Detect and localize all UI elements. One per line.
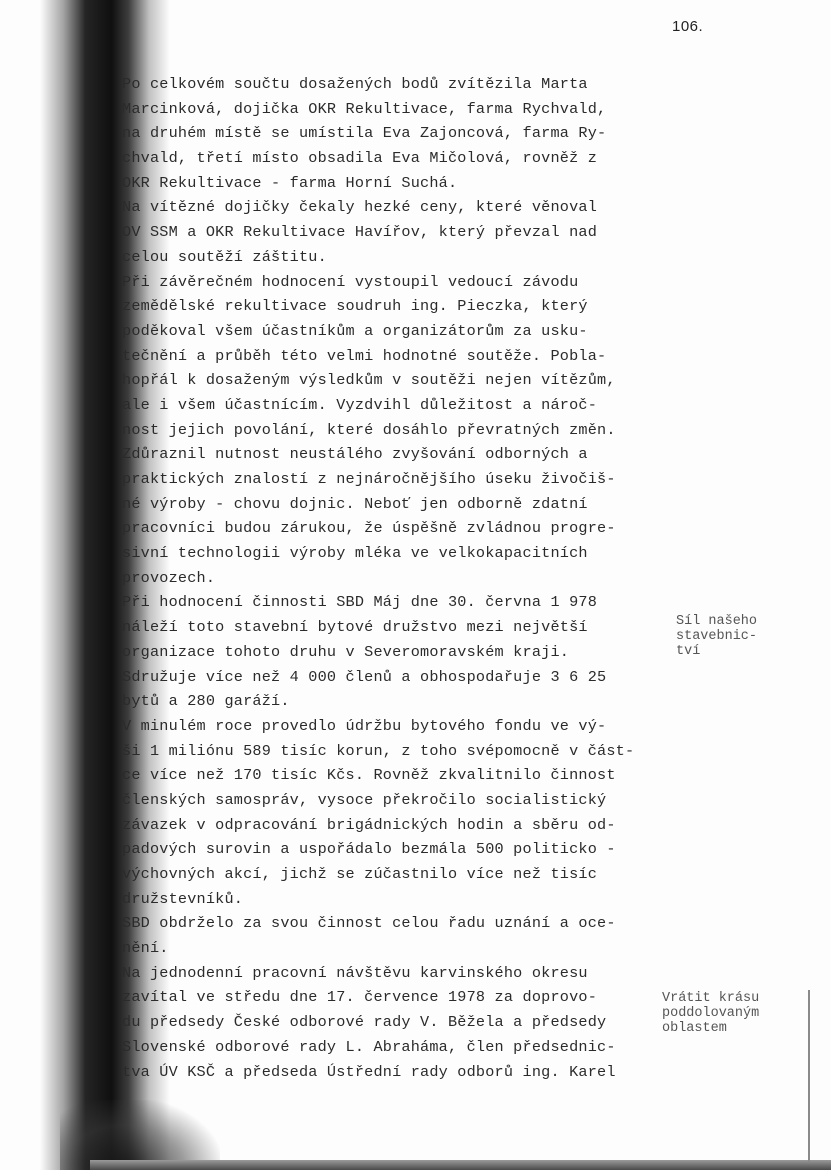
text-line: Při závěrečném hodnocení vystoupil vedou… [122,270,682,295]
text-line: zemědělské rekultivace soudruh ing. Piec… [122,294,682,319]
text-line: zavítal ve středu dne 17. července 1978 … [122,985,682,1010]
text-line: výchovných akcí, jichž se zúčastnilo víc… [122,862,682,887]
text-line: OKR Rekultivace - farma Horní Suchá. [122,171,682,196]
text-line: SBD obdrželo za svou činnost celou řadu … [122,911,682,936]
page-number: 106. [672,18,703,35]
scanned-page: 106. Po celkovém součtu dosažených bodů … [0,0,831,1170]
text-line: OV SSM a OKR Rekultivace Havířov, který … [122,220,682,245]
text-line: V minulém roce provedlo údržbu bytového … [122,714,682,739]
text-line: hopřál k dosaženým výsledkům v soutěži n… [122,368,682,393]
text-line: sivní technologii výroby mléka ve velkok… [122,541,682,566]
typewritten-body: Po celkovém součtu dosažených bodů zvítě… [122,72,682,1084]
text-line: Po celkovém součtu dosažených bodů zvítě… [122,72,682,97]
text-line: bytů a 280 garáží. [122,689,682,714]
text-line: ale i všem účastnícím. Vyzdvihl důležito… [122,393,682,418]
text-line: ši 1 miliónu 589 tisíc korun, z toho své… [122,739,682,764]
text-line: organizace tohoto druhu v Severomoravské… [122,640,682,665]
text-line: družstevníků. [122,887,682,912]
text-line: celou soutěží záštitu. [122,245,682,270]
text-line: provozech. [122,566,682,591]
text-line: závazek v odpracování brigádnických hodi… [122,813,682,838]
page-bottom-edge [90,1160,831,1170]
text-line: Při hodnocení činnosti SBD Máj dne 30. č… [122,590,682,615]
text-line: členských samospráv, vysoce překročilo s… [122,788,682,813]
text-line: nost jejich povolání, které dosáhlo přev… [122,418,682,443]
margin-note-undermined-areas: Vrátit krásu poddolovaným oblastem [662,991,759,1036]
text-line: chvald, třetí místo obsadila Eva Mičolov… [122,146,682,171]
text-line: na druhém místě se umístila Eva Zajoncov… [122,121,682,146]
text-line: nění. [122,936,682,961]
text-line: padových surovin a uspořádalo bezmála 50… [122,837,682,862]
text-line: ce více než 170 tisíc Kčs. Rovněž zkvali… [122,763,682,788]
page-right-edge [808,990,810,1162]
text-line: Slovenské odborové rady L. Abraháma, čle… [122,1035,682,1060]
text-line: Na vítězné dojičky čekaly hezké ceny, kt… [122,195,682,220]
text-line: du předsedy České odborové rady V. Běžel… [122,1010,682,1035]
margin-note-construction: Síl našeho stavebnic- tví [676,614,757,659]
text-line: praktických znalostí z nejnáročnějšího ú… [122,467,682,492]
text-line: tva ÚV KSČ a předseda Ústřední rady odbo… [122,1060,682,1085]
text-line: Zdůraznil nutnost neustálého zvyšování o… [122,442,682,467]
text-line: tečnění a průběh této velmi hodnotné sou… [122,344,682,369]
text-line: Na jednodenní pracovní návštěvu karvinsk… [122,961,682,986]
text-line: poděkoval všem účastníkům a organizátorů… [122,319,682,344]
text-line: Marcinková, dojička OKR Rekultivace, far… [122,97,682,122]
text-line: pracovníci budou zárukou, že úspěšně zvl… [122,516,682,541]
text-line: né výroby - chovu dojnic. Neboť jen odbo… [122,492,682,517]
text-line: náleží toto stavební bytové družstvo mez… [122,615,682,640]
text-line: Sdružuje více než 4 000 členů a obhospod… [122,665,682,690]
